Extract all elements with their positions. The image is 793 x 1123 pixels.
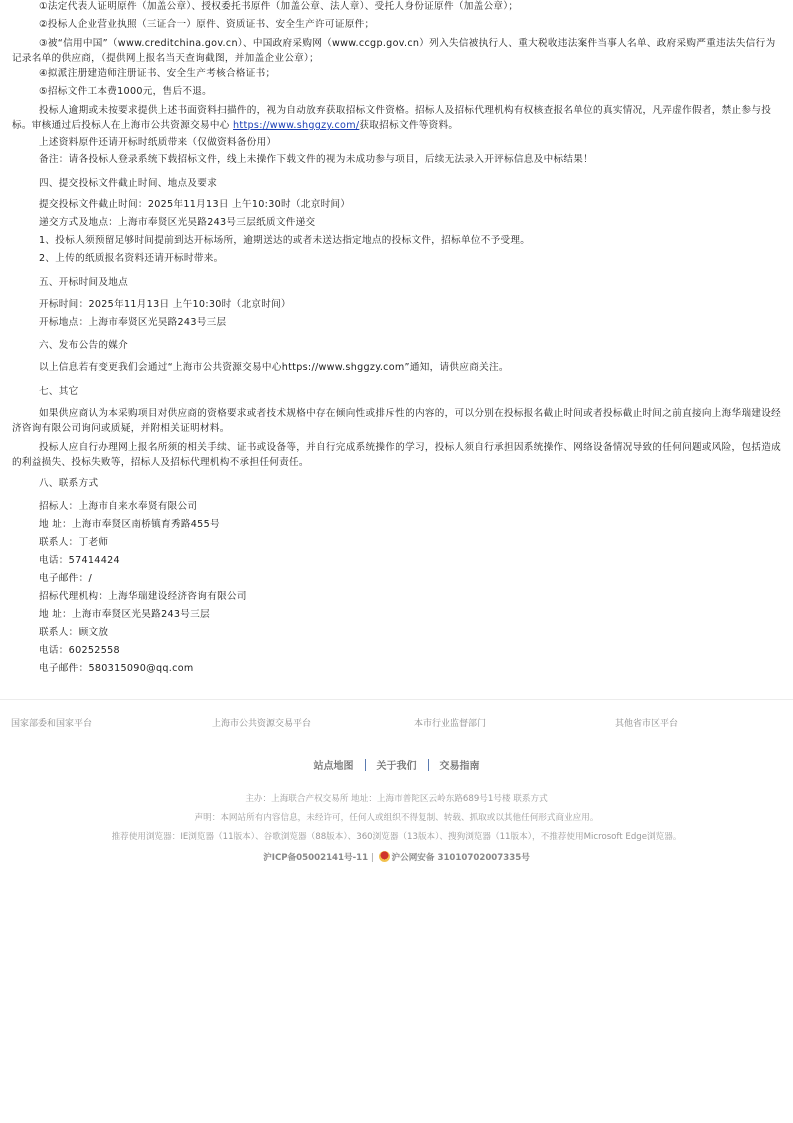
section7-para-2: 投标人应自行办理网上报名所须的相关手续、证书或设备等，并自行完成系统操作的学习，… — [12, 440, 782, 470]
police-badge-icon — [379, 851, 390, 862]
tenderer-phone: 电话：57414424 — [39, 551, 120, 570]
opening-place: 开标地点：上海市奉贤区光昊路243号三层 — [39, 313, 226, 332]
nav-separator — [428, 759, 429, 771]
requirement-item-4: ④拟派注册建造师注册证书、安全生产考核合格证书； — [39, 64, 275, 83]
footer-statement: 声明：本网站所有内容信息，未经许可，任何人或组织不得复制、转载、抓取或以其他任何… — [0, 811, 793, 823]
tenderer-email: 电子邮件：/ — [39, 569, 92, 588]
tenderer-name: 招标人：上海市自来水奉贤有限公司 — [39, 497, 197, 516]
nav-trade-guide[interactable]: 交易指南 — [440, 761, 480, 772]
requirement-item-3: ③被“信用中国”（www.creditchina.gov.cn）、中国政府采购网… — [12, 36, 782, 66]
section8-heading: 八、联系方式 — [39, 474, 98, 493]
icp-record[interactable]: 沪ICP备05002141号-11 — [263, 853, 368, 863]
opening-time: 开标时间：2025年11月13日 上午10:30时（北京时间） — [39, 295, 291, 314]
section6-heading: 六、发布公告的媒介 — [39, 336, 128, 355]
agency-name: 招标代理机构：上海华瑞建设经济咨询有限公司 — [39, 587, 247, 606]
section4-heading: 四、提交投标文件截止时间、地点及要求 — [39, 174, 217, 193]
police-record[interactable]: 沪公网安备 31010702007335号 — [392, 853, 530, 863]
nav-about-us[interactable]: 关于我们 — [377, 761, 417, 772]
footer-nav: 站点地图关于我们交易指南 — [0, 757, 793, 772]
record-separator: | — [371, 853, 377, 863]
notice-text-end: 获取招标文件等资料。 — [359, 120, 458, 131]
section4-item-2: 2、上传的纸质报名资料还请开标时带来。 — [39, 249, 224, 268]
footer-divider — [0, 699, 793, 700]
footer-records: 沪ICP备05002141号-11 | 沪公网安备 31010702007335… — [0, 851, 793, 863]
shggzy-link[interactable]: https://www.shggzy.com/ — [233, 120, 359, 131]
remark: 备注：请各投标人登录系统下载招标文件，线上未操作下载文件的视为未成功参与项目，后… — [39, 150, 593, 169]
link-other-provinces[interactable]: 其他省市区平台 — [615, 716, 678, 729]
footer-browser-recommendation: 推荐使用浏览器：IE浏览器（11版本）、谷歌浏览器（88版本）、360浏览器（1… — [0, 830, 793, 842]
section7-heading: 七、其它 — [39, 382, 79, 401]
agency-address: 地 址：上海市奉贤区光昊路243号三层 — [39, 605, 210, 624]
nav-sitemap[interactable]: 站点地图 — [314, 761, 354, 772]
submission-method: 递交方式及地点：上海市奉贤区光昊路243号三层纸质文件递交 — [39, 213, 315, 232]
agency-email: 电子邮件：580315090@qq.com — [39, 659, 194, 678]
media-text: 以上信息若有变更我们会通过“上海市公共资源交易中心https://www.shg… — [39, 358, 509, 377]
link-supervision-dept[interactable]: 本市行业监督部门 — [414, 716, 486, 729]
nav-separator — [365, 759, 366, 771]
requirement-item-2: ②投标人企业营业执照（三证合一）原件、资质证书、安全生产许可证原件； — [39, 15, 374, 34]
tenderer-address: 地 址：上海市奉贤区南桥镇育秀路455号 — [39, 515, 220, 534]
footer-host: 主办：上海联合产权交易所 地址：上海市普陀区云岭东路689号1号楼 联系方式 — [0, 792, 793, 804]
section4-item-1: 1、投标人须预留足够时间提前到达开标场所，逾期送达的或者未送达指定地点的投标文件… — [39, 231, 530, 250]
agency-phone: 电话：60252558 — [39, 641, 120, 660]
section7-para-1: 如果供应商认为本采购项目对供应商的资格要求或者技术规格中存在倾向性或排斥性的内容… — [12, 406, 782, 436]
agency-contact: 联系人：顾文放 — [39, 623, 108, 642]
requirement-item-5: ⑤招标文件工本费1000元，售后不退。 — [39, 82, 212, 101]
submission-deadline: 提交投标文件截止时间：2025年11月13日 上午10:30时（北京时间） — [39, 195, 350, 214]
requirement-item-1: ①法定代表人证明原件（加盖公章）、授权委托书原件（加盖公章、法人章）、受托人身份… — [39, 0, 518, 16]
link-shanghai-platform[interactable]: 上海市公共资源交易平台 — [212, 716, 311, 729]
notice-paragraph: 投标人逾期或未按要求提供上述书面资料扫描件的，视为自动放弃获取招标文件资格。招标… — [12, 103, 782, 133]
section5-heading: 五、开标时间及地点 — [39, 273, 128, 292]
link-national-platform[interactable]: 国家部委和国家平台 — [11, 716, 92, 729]
tenderer-contact: 联系人：丁老师 — [39, 533, 108, 552]
